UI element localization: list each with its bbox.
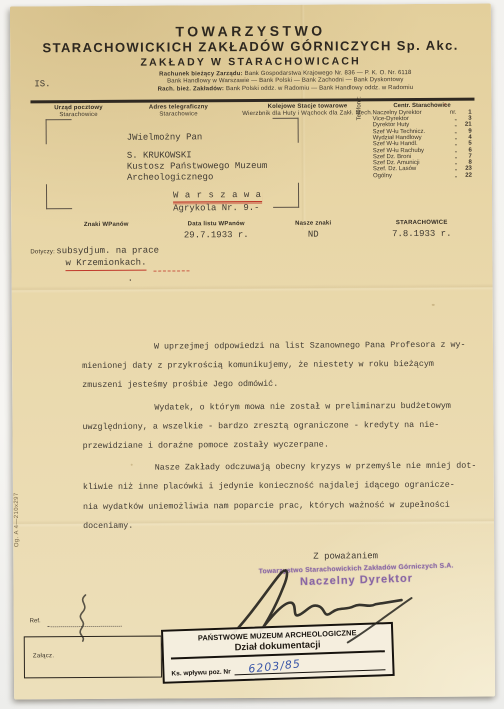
addressee-city: W a r s z a w a: [173, 190, 262, 203]
body-line: nia wydatków uniemożliwia nam poparcie p…: [83, 495, 483, 517]
company-name-line3: ZAKŁADY W STARACHOWICACH: [10, 55, 491, 70]
letter-date-column: STARACHOWICE 7.8.1933 r.: [369, 220, 474, 240]
your-reference-column: Znaki WPanów: [51, 222, 161, 229]
our-reference-column: Nasze znaki ND: [273, 220, 353, 239]
company-rubber-stamp: Towarzystwo Starachowickich Zakładów Gór…: [231, 562, 482, 591]
body-line: kliwie niż inne placówki i jedynie konie…: [83, 476, 483, 498]
our-reference-value: ND: [273, 229, 353, 239]
post-office-value: Starachowice: [33, 112, 125, 120]
your-letter-date-value: 29.7.1933 r.: [161, 230, 271, 241]
museum-stamp-entry-label: Ks. wpływu poz. Nr: [171, 668, 230, 677]
bank-line-3: Rach. bież. Zakładów: Bank Polski oddz. …: [92, 84, 478, 94]
body-line: Nasze Zakłady odczuwają obecny kryzys w …: [83, 457, 483, 479]
addressee-title-line1: Kustosz Państwowego Muzeum: [127, 161, 267, 172]
museum-stamp-entry-row: Ks. wpływu poz. Nr 6203/85: [171, 656, 385, 677]
bank-line-1-label: Rachunek bieżący Zarządu:: [159, 71, 243, 78]
enclosures-label: Załącz.: [33, 653, 54, 659]
post-office-column: Urząd pocztowy Starachowice: [32, 105, 124, 120]
enclosures-box: Załącz.: [24, 636, 162, 679]
letter-place-label: STARACHOWICE: [369, 220, 474, 227]
letter-date-value: 7.8.1933 r.: [369, 229, 474, 240]
museum-receipt-stamp: PAŃSTWOWE MUZEUM ARCHEOLOGICZNE Dział do…: [161, 622, 395, 684]
museum-stamp-entry-number: 6203/85: [248, 657, 302, 675]
telephones-side-label: Telefony:: [356, 96, 362, 120]
telephone-directory: Centr. Starachowice Naczelny Dyrektornr.…: [372, 103, 471, 180]
rail-stations-value: Wierzbnik dla Huty i Wąchock dla Zakł. M…: [223, 110, 393, 118]
bank-accounts-block: Rachunek bieżący Zarządu: Bank Gospodars…: [92, 70, 478, 95]
subject-red-dash: [154, 270, 190, 271]
your-reference-label: Znaki WPanów: [51, 222, 161, 229]
stray-typed-period: .: [128, 274, 133, 284]
horizontal-fold-crease: [12, 284, 493, 294]
body-line: mienionej daty z przykrością komunikujem…: [82, 355, 482, 377]
scanned-letter-page: { "header": { "line1": "TOWARZYSTWO", "l…: [0, 0, 504, 709]
form-number-margin-note: Og. A 4—210x297: [14, 492, 20, 547]
addressee-name: S. KRUKOWSKI: [127, 150, 192, 160]
telegraph-value: Starachowice: [123, 111, 235, 119]
body-line: Wydatek, o którym mowa nie został w prel…: [82, 396, 482, 418]
closing-salutation: Z poważaniem: [313, 551, 378, 561]
your-letter-date-label: Data listu WPanów: [161, 221, 271, 228]
telegraph-column: Adres telegraficzny Starachowice: [122, 104, 234, 119]
addressee-salutation: JWielmożny Pan: [127, 132, 203, 142]
bank-line-1-text: Bank Gospodarstwa Krajowego Nr. 836 — P.…: [243, 70, 412, 77]
subject-line1: subsydjum. na prace: [56, 246, 159, 257]
rail-stations-column: Kolejowe Stacje towarowe Wierzbnik dla H…: [222, 103, 392, 118]
bank-line-3-label: Rach. bież. Zakładów:: [158, 86, 225, 92]
body-line: W uprzejmej odpowiedzi na list Szanowneg…: [82, 336, 482, 358]
our-reference-label: Nasze znaki: [273, 220, 353, 226]
body-line: doceniamy.: [83, 514, 483, 536]
paper-speck: [432, 304, 435, 306]
ref-label: Ref.: [30, 618, 41, 624]
subject-label: Dotyczy:: [30, 249, 55, 255]
bank-line-3-text: Bank Polski oddz. w Radomiu — Bank Handl…: [224, 85, 413, 92]
museum-stamp-entry-line: 6203/85: [234, 656, 385, 675]
company-name-line2: STARACHOWICKICH ZAKŁADÓW GÓRNICZYCH Sp. …: [10, 38, 491, 56]
your-letter-date-column: Data listu WPanów 29.7.1933 r.: [161, 221, 271, 241]
addressee-title-line2: Archeologicznego: [127, 172, 213, 183]
letter-body: W uprzejmej odpowiedzi na list Szanowneg…: [82, 336, 483, 536]
typed-reference-mark: IS.: [34, 79, 50, 89]
body-line: przewidziane i doraźne pomoce zostały wy…: [83, 435, 483, 457]
telephone-directory-heading: Centr. Starachowice: [372, 103, 471, 110]
body-line: zmuszeni jesteśmy prośbie Jego odmówić.: [82, 374, 482, 396]
letter-paper-sheet: TOWARZYSTWO STARACHOWICKICH ZAKŁADÓW GÓR…: [10, 4, 495, 700]
phone-list-item: Ogólny„22: [373, 172, 472, 179]
subject-line2: w Krzemionkach.: [65, 258, 146, 271]
body-line: uwzględniony, a wszelkie - bardzo zreszt…: [82, 415, 482, 437]
addressee-street: Agrykola Nr. 9.-: [173, 203, 259, 214]
